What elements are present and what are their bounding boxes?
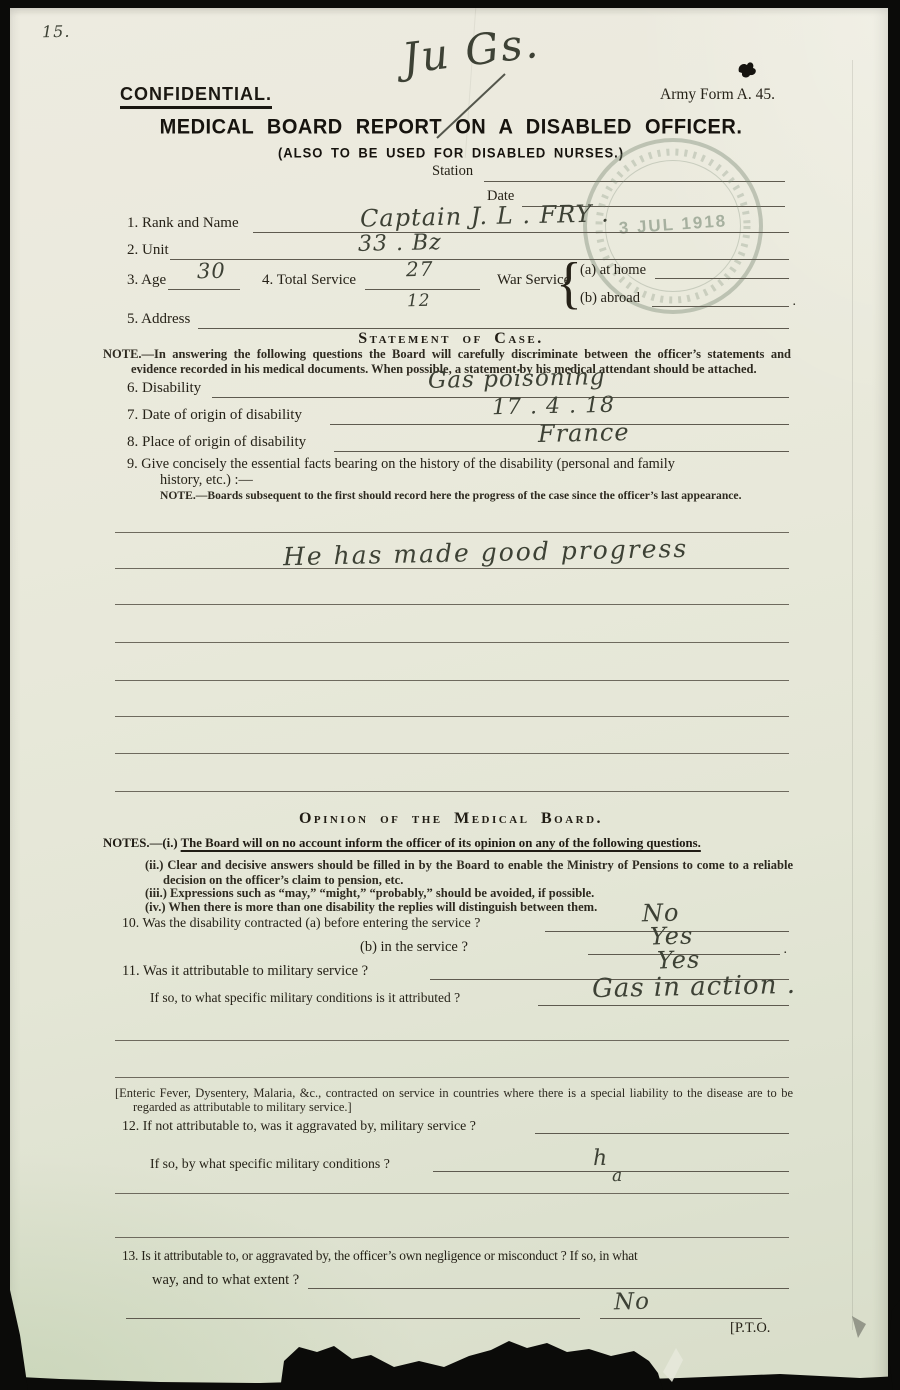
q8-handwritten-value: France (538, 418, 630, 448)
war-service-b-line (652, 290, 789, 307)
ruled-line (115, 1024, 789, 1041)
war-service-a-line (655, 262, 789, 279)
pto-label: [P.T.O. (730, 1320, 770, 1337)
opinion-note-i-intro: NOTES.—(i.) (103, 836, 181, 850)
q5-field-line (198, 312, 789, 329)
q12-sub-handwritten-answer-1: h (593, 1146, 609, 1171)
opinion-note-iii: (iii.) Expressions such as “may,” “might… (145, 886, 594, 901)
ruled-line (115, 775, 789, 792)
q2-field-line (170, 243, 789, 260)
q5-label: 5. Address (127, 311, 190, 328)
statement-heading: Statement of Case. (98, 330, 804, 348)
ruled-line (115, 1061, 789, 1078)
q8-label: 8. Place of origin of disability (127, 434, 306, 451)
q9-label-line2: history, etc.) :— (160, 472, 253, 489)
ruled-line (115, 700, 789, 717)
q1-handwritten-value: Captain J. L . FRY . (360, 199, 610, 232)
q11-sub-label: If so, to what specific military conditi… (150, 990, 460, 1006)
q9-label-line1: 9. Give concisely the essential facts be… (127, 456, 675, 473)
q11-label: 11. Was it attributable to military serv… (122, 963, 368, 980)
form-title: MEDICAL BOARD REPORT ON A DISABLED OFFIC… (98, 115, 804, 140)
ruled-line (115, 588, 789, 605)
war-service-brace: { (556, 250, 582, 315)
ruled-line (600, 1302, 762, 1319)
opinion-note-ii: (ii.) Clear and decisive answers should … (145, 858, 793, 887)
q10-b-label: (b) in the service ? (360, 939, 468, 956)
war-service-b-label: (b) abroad (580, 290, 640, 307)
q2-handwritten-value: 33 . Bz (358, 230, 442, 257)
ruled-line (115, 1177, 789, 1194)
scanned-form-page: 15. Ju Gs. CONFIDENTIAL. Army Form A. 45… (0, 0, 900, 1390)
q3-handwritten-value: 30 (197, 259, 226, 284)
q6-handwritten-value: Gas poisoning (428, 364, 606, 394)
q9-note: NOTE.—Boards subsequent to the first sho… (160, 489, 741, 502)
ruled-line (126, 1302, 580, 1319)
ruled-line (115, 1221, 789, 1238)
opinion-note-i-text: The Board will on no account inform the … (181, 836, 701, 850)
confidential-label: CONFIDENTIAL. (120, 84, 272, 109)
ruled-line (115, 737, 789, 754)
war-service-a-label: (a) at home (580, 262, 646, 279)
q4-handwritten-numerator: 27 (406, 257, 434, 282)
opinion-note-iv: (iv.) When there is more than one disabi… (145, 900, 597, 915)
enteric-note: [Enteric Fever, Dysentery, Malaria, &c.,… (115, 1086, 793, 1114)
form-subtitle: (ALSO TO BE USED FOR DISABLED NURSES.) (98, 144, 804, 160)
station-field-line (484, 165, 785, 182)
opinion-heading: Opinion of the Medical Board. (98, 810, 804, 828)
q12-label: 12. If not attributable to, was it aggra… (122, 1118, 476, 1134)
ruled-line (115, 664, 789, 681)
form-number: Army Form A. 45. (660, 86, 775, 104)
ink-blot (733, 58, 761, 82)
ruled-line (115, 516, 789, 533)
q10-label: 10. Was the disability contracted (a) be… (122, 915, 480, 931)
q12-line (535, 1117, 789, 1134)
q13-label-line1: 13. Is it attributable to, or aggravated… (122, 1248, 638, 1264)
q13-line (308, 1272, 789, 1289)
q1-label: 1. Rank and Name (127, 215, 239, 232)
q11-sub-handwritten-answer: Gas in action . (592, 970, 797, 1004)
q4-label: 4. Total Service (262, 272, 356, 289)
paper-fold-line (852, 60, 853, 1330)
q3-label: 3. Age (127, 272, 166, 289)
q11-handwritten-answer: Yes (657, 946, 701, 975)
q6-label: 6. Disability (127, 380, 201, 397)
q13-label-line2: way, and to what extent ? (152, 1272, 299, 1289)
q4-handwritten-denominator: 12 (407, 291, 431, 311)
q7-handwritten-value: 17 . 4 . 18 (492, 393, 615, 421)
q7-label: 7. Date of origin of disability (127, 407, 302, 424)
station-label: Station (432, 163, 473, 180)
q12-sub-label: If so, by what specific military conditi… (150, 1156, 390, 1172)
ruled-line (115, 626, 789, 643)
q2-label: 2. Unit (127, 242, 169, 259)
opinion-note-i: NOTES.—(i.) The Board will on no account… (103, 836, 795, 851)
